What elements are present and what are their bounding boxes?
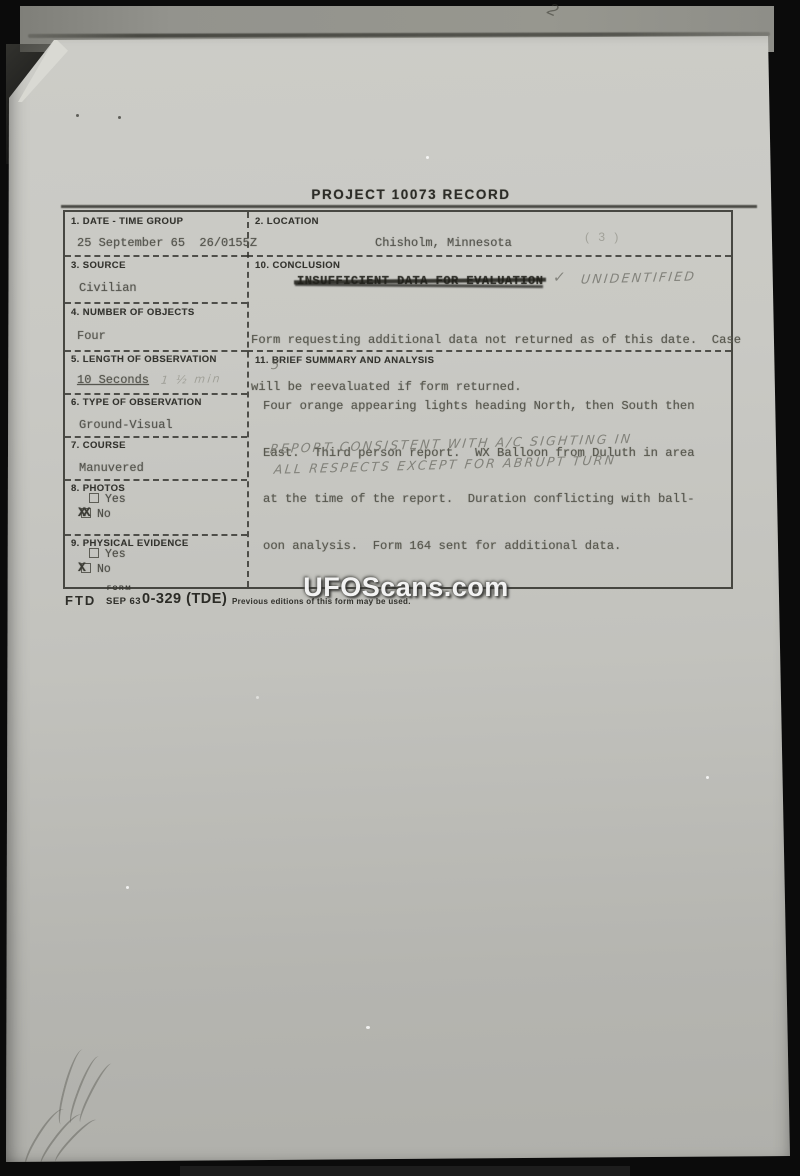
form-title: PROJECT 10073 RECORD <box>246 187 576 202</box>
field-value-source: Civilian <box>79 281 137 295</box>
conclusion-body-line: Form requesting additional data not retu… <box>251 333 741 349</box>
summary-line: oon analysis. Form 164 sent for addition… <box>263 539 695 555</box>
field-value-course: Manuvered <box>79 461 144 475</box>
footer-form-word: FORM <box>107 585 132 592</box>
field-value-number-of-objects: Four <box>77 329 106 343</box>
x-mark: XX <box>78 505 88 520</box>
field-label-length-of-observation: 5. LENGTH OF OBSERVATION <box>71 354 217 365</box>
field-value-length-of-observation: 10 Seconds <box>77 373 149 387</box>
checkbox-unchecked <box>89 493 99 503</box>
conclusion-checkmark: ✓ <box>552 268 569 286</box>
summary-line: at the time of the report. Duration conf… <box>263 492 695 508</box>
field-label-date-time-group: 1. DATE - TIME GROUP <box>71 216 183 227</box>
checkbox-checked: X <box>81 563 91 573</box>
photos-no-option: XXNo <box>81 508 111 521</box>
scanned-document-page: 2 PROJECT 10073 RECORD <box>0 0 800 1176</box>
field-value-location: Chisholm, Minnesota <box>375 236 512 250</box>
field-value-type-of-observation: Ground-Visual <box>79 418 173 432</box>
dust-speck <box>366 1026 370 1029</box>
column-divider <box>247 212 249 587</box>
location-margin-note: ( 3 ) <box>585 230 621 244</box>
field-label-source: 3. SOURCE <box>71 260 126 271</box>
footer-ftd: FTD <box>65 593 96 608</box>
checkbox-unchecked <box>89 548 99 558</box>
dust-speck <box>256 696 259 699</box>
dust-speck <box>426 156 429 159</box>
summary-line: Four orange appearing lights heading Nor… <box>263 399 695 415</box>
field-value-date-time-group: 25 September 65 26/0155Z <box>77 236 257 250</box>
physical-evidence-no-option: XNo <box>81 563 111 576</box>
staple-hole <box>118 116 121 119</box>
watermark: UFOScans.com <box>236 572 576 603</box>
field-label-type-of-observation: 6. TYPE OF OBSERVATION <box>71 397 202 408</box>
field-label-conclusion: 10. CONCLUSION <box>255 260 340 271</box>
conclusion-struck-text: INSUFFICIENT DATA FOR EVALUATION <box>297 274 543 288</box>
title-rule <box>61 205 757 208</box>
field-label-number-of-objects: 4. NUMBER OF OBJECTS <box>71 307 195 318</box>
record-table: 1. DATE - TIME GROUP 25 September 65 26/… <box>63 210 733 589</box>
paper-sheet: PROJECT 10073 RECORD 1. DATE - TIME GROU… <box>6 36 792 1164</box>
staple-hole <box>76 114 79 117</box>
field-label-course: 7. COURSE <box>71 440 126 451</box>
checkbox-checked: XX <box>81 508 91 518</box>
photos-yes-option: Yes <box>89 493 126 506</box>
footer-date: SEP 63 <box>106 596 141 607</box>
dust-speck <box>126 886 129 889</box>
length-handwritten-note: 1 ½ min <box>160 372 222 387</box>
conclusion-handwritten-text: UNIDENTIFIED <box>580 268 697 286</box>
field-label-location: 2. LOCATION <box>255 216 319 227</box>
footer-form-number: 0-329 (TDE) <box>142 591 227 607</box>
physical-evidence-yes-option: Yes <box>89 548 126 561</box>
dust-speck <box>706 776 709 779</box>
x-mark: X <box>78 560 83 575</box>
bottom-scan-strip <box>180 1166 630 1176</box>
